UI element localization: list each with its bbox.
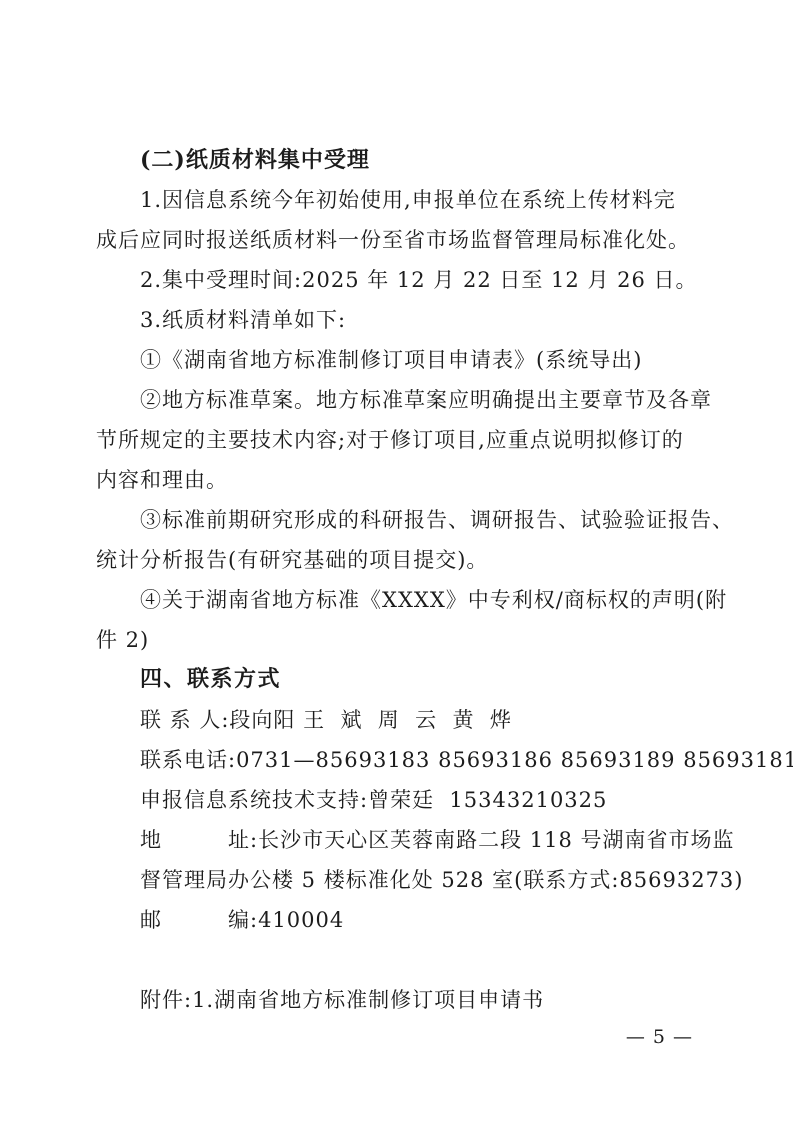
contact-phone-line: 联系电话:0731—85693183 85693186 85693189 856…	[96, 740, 716, 780]
list-entry2-line3: 内容和理由。	[96, 460, 716, 500]
document-page: (二)纸质材料集中受理 1.因信息系统今年初始使用,申报单位在系统上传材料完 成…	[0, 0, 793, 1122]
blank-line	[96, 940, 716, 980]
document-body: (二)纸质材料集中受理 1.因信息系统今年初始使用,申报单位在系统上传材料完 成…	[96, 140, 716, 1020]
attachments-line: 附件:1.湖南省地方标准制修订项目申请书	[96, 980, 716, 1020]
page-number: — 5 —	[626, 1022, 693, 1052]
postal-code-line: 邮 编:410004	[96, 900, 716, 940]
list-entry4-line2: 件 2)	[96, 620, 716, 660]
list-entry4-line1: ④关于湖南省地方标准《XXXX》中专利权/商标权的声明(附	[96, 580, 716, 620]
list-entry2-line1: ②地方标准草案。地方标准草案应明确提出主要章节及各章	[96, 380, 716, 420]
list-entry3-line1: ③标准前期研究形成的科研报告、调研报告、试验验证报告、	[96, 500, 716, 540]
contact-person-line: 联 系 人:段向阳 王 斌 周 云 黄 烨	[96, 700, 716, 740]
list-entry3-line2: 统计分析报告(有研究基础的项目提交)。	[96, 540, 716, 580]
list-entry2-line2: 节所规定的主要技术内容;对于修订项目,应重点说明拟修订的	[96, 420, 716, 460]
item1-line1: 1.因信息系统今年初始使用,申报单位在系统上传材料完	[96, 180, 716, 220]
item3-list-intro: 3.纸质材料清单如下:	[96, 300, 716, 340]
section4-heading: 四、联系方式	[96, 660, 716, 700]
item1-line2: 成后应同时报送纸质材料一份至省市场监督管理局标准化处。	[96, 220, 716, 260]
tech-support-line: 申报信息系统技术支持:曾荣廷 15343210325	[96, 780, 716, 820]
list-entry1-application-form: ①《湖南省地方标准制修订项目申请表》(系统导出)	[96, 340, 716, 380]
item2-acceptance-time: 2.集中受理时间:2025 年 12 月 22 日至 12 月 26 日。	[96, 260, 716, 300]
address-line2: 督管理局办公楼 5 楼标准化处 528 室(联系方式:85693273)	[96, 860, 716, 900]
section2-heading: (二)纸质材料集中受理	[96, 140, 716, 180]
address-line1: 地 址:长沙市天心区芙蓉南路二段 118 号湖南省市场监	[96, 820, 716, 860]
